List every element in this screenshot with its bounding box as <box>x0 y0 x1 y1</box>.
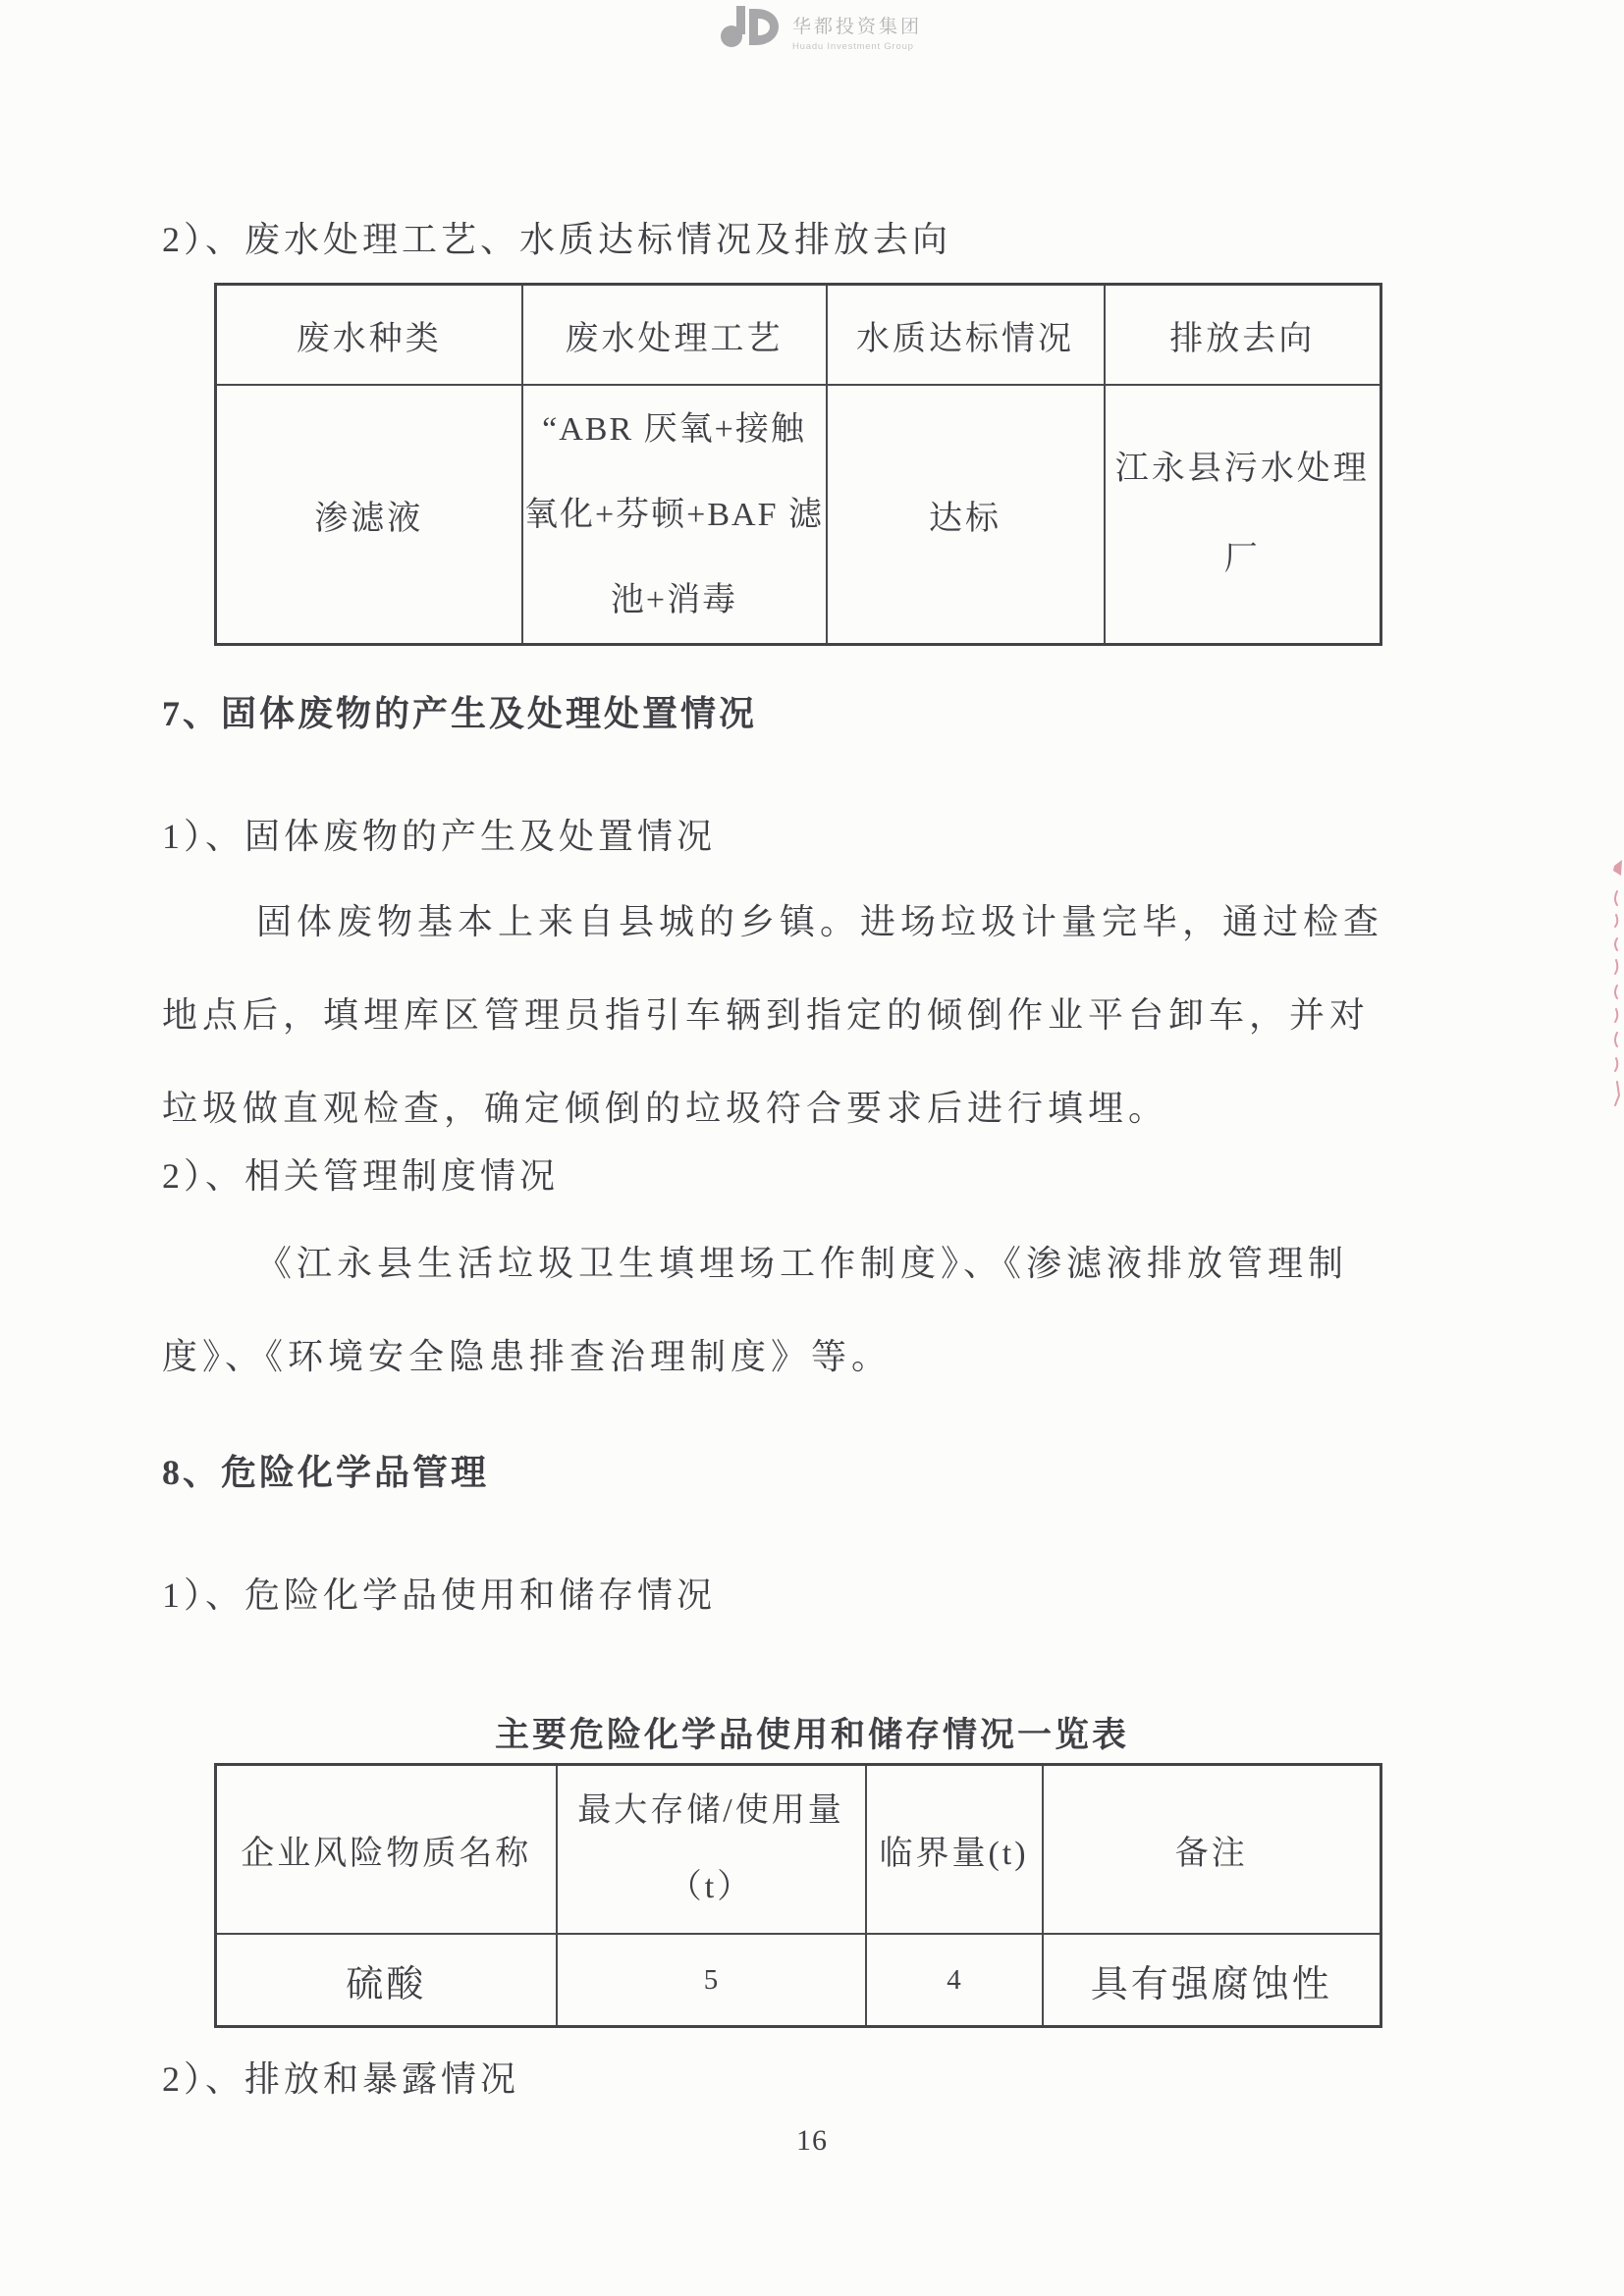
huadu-logo-icon <box>720 6 781 52</box>
logo-name-cn: 华都投资集团 <box>792 12 922 38</box>
col-header-treatment-process: 废水处理工艺 <box>522 285 827 386</box>
red-stamp-fragment-icon <box>1604 858 1624 1157</box>
section-8-sub2-heading: 2）、排放和暴露情况 <box>162 2057 519 2102</box>
wastewater-table: 废水种类 废水处理工艺 水质达标情况 排放去向 渗滤液 “ABR 厌氧+接触 氧… <box>214 283 1382 646</box>
cell-discharge-destination: 江永县污水处理 厂 <box>1105 385 1381 645</box>
logo-name-en: Huadu Investment Group <box>792 41 922 52</box>
document-page: 华都投资集团 Huadu Investment Group 2）、废水处理工艺、… <box>0 0 1624 2296</box>
cell-max-storage: 5 <box>557 1934 866 2027</box>
table-row: 渗滤液 “ABR 厌氧+接触 氧化+芬顿+BAF 滤 池+消毒 达标 江永县污水… <box>216 385 1381 645</box>
col-header-quality-status: 水质达标情况 <box>827 285 1105 386</box>
col-header-critical-quantity: 临界量(t) <box>866 1765 1043 1935</box>
section-8-heading: 8、危险化学品管理 <box>162 1451 489 1495</box>
col-header-remarks: 备注 <box>1043 1765 1381 1935</box>
section-2-heading: 2）、废水处理工艺、水质达标情况及排放去向 <box>162 218 951 262</box>
cell-critical-quantity: 4 <box>866 1934 1043 2027</box>
col-header-waste-type: 废水种类 <box>216 285 522 386</box>
chemical-table-title: 主要危险化学品使用和储存情况一览表 <box>0 1708 1624 1757</box>
cell-substance-name: 硫酸 <box>216 1934 557 2027</box>
company-logo: 华都投资集团 Huadu Investment Group <box>720 6 922 52</box>
table-header-row: 废水种类 废水处理工艺 水质达标情况 排放去向 <box>216 285 1381 386</box>
cell-treatment-process: “ABR 厌氧+接触 氧化+芬顿+BAF 滤 池+消毒 <box>522 385 827 645</box>
col-header-discharge-destination: 排放去向 <box>1105 285 1381 386</box>
solid-waste-paragraph: 固体废物基本上来自县城的乡镇。进场垃圾计量完毕，通过检查 地点后，填埋库区管理员… <box>162 876 1478 1155</box>
regulations-paragraph: 《江永县生活垃圾卫生填埋场工作制度》、《渗滤液排放管理制 度》、《环境安全隐患排… <box>162 1217 1478 1404</box>
section-7-heading: 7、固体废物的产生及处理处置情况 <box>162 692 757 736</box>
cell-waste-type: 渗滤液 <box>216 385 522 645</box>
table-header-row: 企业风险物质名称 最大存储/使用量 （t） 临界量(t) 备注 <box>216 1765 1381 1935</box>
section-7-sub2-heading: 2）、相关管理制度情况 <box>162 1154 559 1199</box>
logo-text-block: 华都投资集团 Huadu Investment Group <box>792 12 922 52</box>
page-number: 16 <box>0 2124 1624 2158</box>
table-row: 硫酸 5 4 具有强腐蚀性 <box>216 1934 1381 2027</box>
section-7-sub1-heading: 1）、固体废物的产生及处置情况 <box>162 815 716 859</box>
cell-quality-status: 达标 <box>827 385 1105 645</box>
col-header-risk-substance: 企业风险物质名称 <box>216 1765 557 1935</box>
cell-remarks: 具有强腐蚀性 <box>1043 1934 1381 2027</box>
col-header-max-storage: 最大存储/使用量 （t） <box>557 1765 866 1935</box>
chemical-table: 企业风险物质名称 最大存储/使用量 （t） 临界量(t) 备注 硫酸 5 4 具… <box>214 1763 1382 2028</box>
section-8-sub1-heading: 1）、危险化学品使用和储存情况 <box>162 1574 716 1618</box>
